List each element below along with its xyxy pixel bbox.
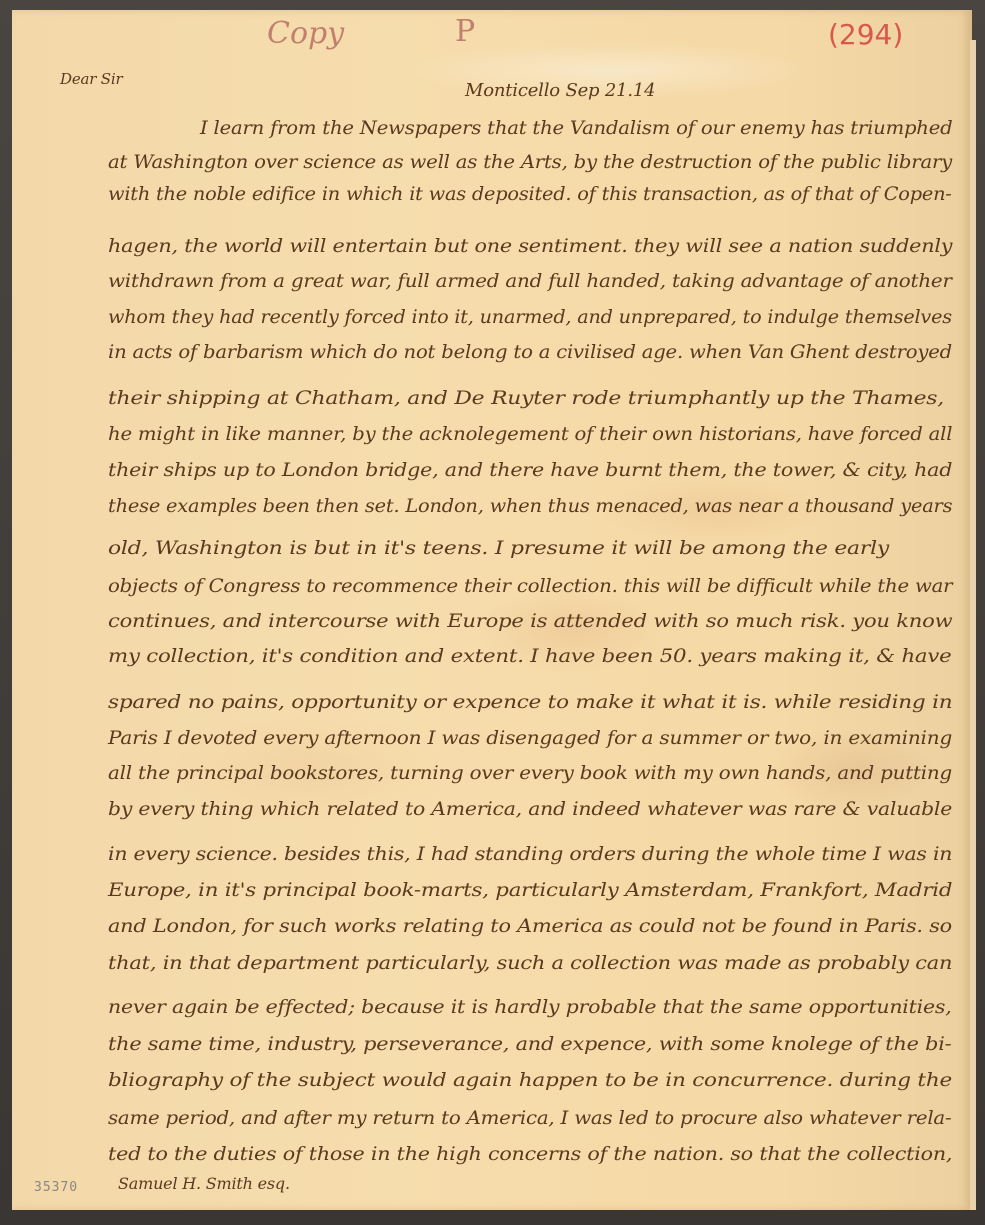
letter-line: in acts of barbarism which do not belong… (108, 340, 952, 364)
letter-line: the same time, industry, perseverance, a… (108, 1032, 951, 1056)
salutation: Dear Sir (60, 70, 122, 88)
letter-line: that, in that department particularly, s… (108, 951, 952, 975)
letter-line: ted to the duties of those in the high c… (108, 1142, 952, 1166)
letter-line: with the noble edifice in which it was d… (108, 182, 952, 206)
annotation-p: P (455, 14, 475, 49)
letter-line: spared no pains, opportunity or expence … (108, 690, 952, 714)
addressee: Samuel H. Smith esq. (118, 1174, 290, 1193)
letter-line: their ships up to London bridge, and the… (108, 458, 952, 482)
letter-line: objects of Congress to recommence their … (108, 574, 952, 598)
page-edge (970, 40, 976, 1210)
letter-line: these examples been then set. London, wh… (108, 494, 952, 518)
letter-line: hagen, the world will entertain but one … (108, 234, 952, 258)
dateline: Monticello Sep 21.14 (465, 80, 655, 101)
letter-line: and London, for such works relating to A… (108, 914, 952, 938)
letter-line: by every thing which related to America,… (108, 797, 952, 821)
letter-line: same period, and after my return to Amer… (108, 1106, 951, 1130)
annotation-copy: Copy (267, 16, 344, 51)
letter-line: Europe, in it's principal book-marts, pa… (108, 878, 952, 902)
letter-line: he might in like manner, by the acknoleg… (108, 422, 952, 446)
letter-line: at Washington over science as well as th… (108, 150, 952, 174)
annotation-page-number: (294) (828, 18, 903, 51)
letter-line: old, Washington is but in it's teens. I … (108, 536, 889, 560)
letter-line: withdrawn from a great war, full armed a… (108, 269, 952, 293)
letter-line: in every science. besides this, I had st… (108, 842, 952, 866)
manuscript-page: Copy P (294) Dear Sir Monticello Sep 21.… (12, 10, 972, 1210)
letter-line: whom they had recently forced into it, u… (108, 305, 952, 329)
letter-line: continues, and intercourse with Europe i… (108, 609, 952, 633)
letter-line: their shipping at Chatham, and De Ruyter… (108, 386, 944, 410)
letter-line: bliography of the subject would again ha… (108, 1068, 952, 1092)
letter-line: I learn from the Newspapers that the Van… (200, 116, 952, 140)
letter-line: Paris I devoted every afternoon I was di… (108, 726, 952, 750)
catalog-stamp: 35370 (34, 1180, 78, 1195)
letter-line: all the principal bookstores, turning ov… (108, 761, 952, 785)
letter-line: never again be effected; because it is h… (108, 995, 951, 1019)
letter-line: my collection, it's condition and extent… (108, 644, 952, 668)
